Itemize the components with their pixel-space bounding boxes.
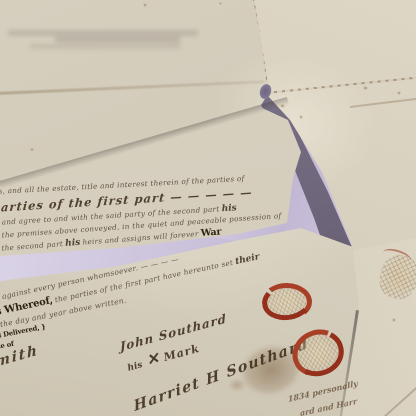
fox-spot (299, 115, 303, 119)
fox-spot (363, 86, 368, 90)
fox-spot (143, 3, 147, 7)
handwritten-insertion: his (221, 203, 237, 214)
fox-spot (30, 148, 34, 151)
fold-crease (383, 383, 416, 416)
fold-crease (266, 77, 416, 94)
fold-crease (0, 80, 265, 94)
photo-canvas: es, and all the estate, title and intere… (0, 0, 416, 416)
fox-spot (397, 91, 401, 95)
handwritten-insertion: his (65, 238, 81, 249)
blackletter-word: War (200, 226, 221, 238)
paper-edge-line (350, 98, 416, 108)
fox-spot (219, 2, 222, 5)
bleedthrough-smudge (30, 44, 180, 49)
fox-spot (392, 318, 396, 322)
x-mark: ✕ (144, 349, 161, 370)
bleedthrough-smudge (55, 36, 180, 43)
